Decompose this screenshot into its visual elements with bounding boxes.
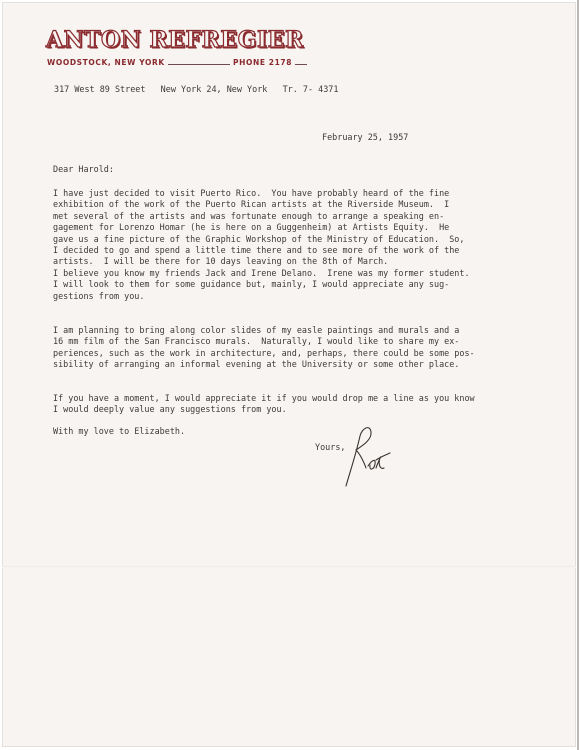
paragraph-2: I believe you know my friends Jack and I… [53,268,470,302]
paragraph-1: I have just decided to visit Puerto Rico… [53,188,464,268]
signature-icon [342,424,392,490]
closing-line: With my love to Elizabeth. [53,426,185,437]
letterhead-name: ANTON REFREGIER [46,27,304,53]
letterhead-phone: PHONE 2178 [230,58,295,67]
letter-date: February 25, 1957 [322,132,408,143]
salutation: Dear Harold: [53,164,114,175]
letter-page: ANTON REFREGIER WOODSTOCK, NEW YORK PHON… [2,2,576,747]
paragraph-3: I am planning to bring along color slide… [53,325,475,371]
closing: Yours, [315,442,345,453]
paragraph-4: If you have a moment, I would appreciate… [53,393,475,416]
sender-address: 317 West 89 Street New York 24, New York… [54,84,338,95]
letterhead-location: WOODSTOCK, NEW YORK [47,58,168,67]
